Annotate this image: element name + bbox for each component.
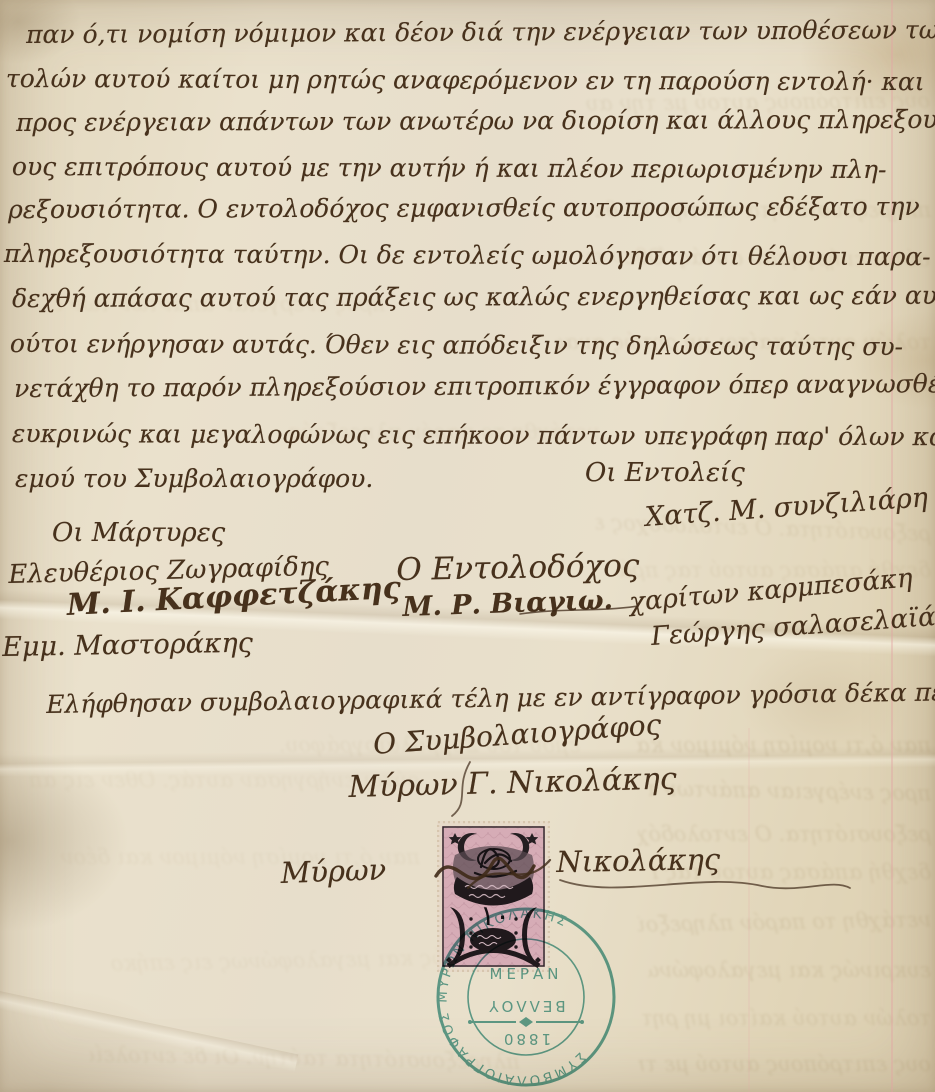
- manuscript-line: δεχθή απάσας αυτού τας πράξεις ως καλώς …: [12, 281, 935, 313]
- mandatary-label: Ο Εντολοδόχος: [396, 548, 640, 588]
- seal-place-bottom: ΒΕΛΛΟΥ: [486, 997, 565, 1015]
- manuscript-line: ους επιτρόπους αυτού με την αυτήν ή και …: [12, 152, 887, 184]
- manuscript-line: παν ό,τι νομίση νόμιμον και δέον διά την…: [26, 15, 935, 49]
- manuscript-line: πληρεξουσιότητα ταύτην. Οι δε εντολείς ω…: [4, 239, 931, 271]
- bleedthrough-text: ους επιτρόπους αυτού με την αυτήν ή και …: [638, 1052, 931, 1076]
- notary-signature-left: Μύρων: [280, 852, 387, 890]
- witnesses-label: Οι Μάρτυρες: [52, 518, 225, 548]
- signature-tail: [560, 880, 850, 888]
- manuscript-line: τολών αυτού καίτοι μη ρητώς αναφερόμενον…: [6, 64, 925, 96]
- principal-signature: Χατζ. Μ. συνζιλιάρη: [644, 482, 929, 533]
- bleedthrough-text: ευκρινώς και μεγαλοφώνως εις επήκοον πάν…: [648, 958, 931, 982]
- notary-title: Ο Συμβολαιογράφος: [372, 708, 662, 761]
- manuscript-line: ούτοι ενήργησαν αυτάς. Όθεν εις απόδειξι…: [10, 329, 903, 361]
- principals-label: Οι Εντολείς: [585, 458, 745, 488]
- manuscript-page: ους επιτρόπους αυτού με την αυτήν ή και …: [0, 0, 935, 1092]
- seal-divider-ornament: [468, 1017, 584, 1027]
- notary-signature-right: Νικολάκης: [556, 842, 720, 879]
- seal-year: 1880: [501, 1030, 551, 1048]
- bleedthrough-text: πληρεξουσιότητα ταύτην. Οι δε εντολείς ω…: [90, 1042, 520, 1074]
- manuscript-line: προς ενέργειαν απάντων των ανωτέρω να δι…: [16, 105, 935, 137]
- fold-crease: [0, 986, 298, 1072]
- fee-line: Ελήφθησαν συμβολαιογραφικά τέλη με εν αν…: [46, 677, 935, 719]
- mandatary-signature: Μ. Ρ. Βιαγιω.: [402, 585, 613, 623]
- bleedthrough-text: παν ό,τι νομίση νόμιμον και δέον διά την…: [636, 733, 931, 757]
- manuscript-line: νετάχθη το παρόν πληρεξούσιον επιτροπικό…: [14, 369, 935, 403]
- manuscript-line: εμού του Συμβολαιογράφου.: [15, 464, 373, 493]
- ottoman-revenue-stamp: ١٠: [437, 821, 550, 972]
- margin-line: [891, 0, 893, 1092]
- bleedthrough-text: νετάχθη το παρόν πληρεξούσιον επιτροπικό…: [638, 907, 931, 936]
- notary-name: Μύρων Γ. Νικολάκης: [348, 761, 677, 805]
- manuscript-line: ευκρινώς και μεγαλοφώνως εις επήκοον πάν…: [12, 419, 935, 451]
- stamp-denomination: ١٠: [480, 899, 510, 932]
- bleedthrough-text: τολών αυτού καίτοι μη ρητώς αναφερόμενον…: [642, 1006, 931, 1030]
- manuscript-line: ρεξουσιότητα. Ο εντολοδόχος εμφανισθείς …: [8, 192, 920, 224]
- margin-line: [748, 728, 750, 1092]
- witness-signature: Εμμ. Μαστοράκης: [2, 628, 253, 663]
- bleedthrough-text: προς ενέργειαν απάντων των ανωτέρω να δι…: [648, 777, 931, 806]
